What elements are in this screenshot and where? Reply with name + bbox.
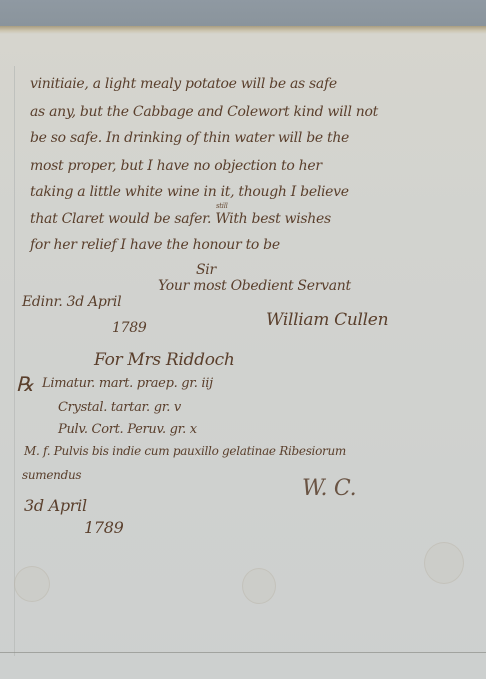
stain-left — [14, 566, 50, 602]
directions-line-1: M. f. Pulvis bis indie cum pauxillo gela… — [24, 444, 346, 458]
rx-symbol: ℞ — [16, 372, 34, 396]
ingredient-2: Crystal. tartar. gr. v — [58, 400, 181, 415]
closing: Your most Obedient Servant — [158, 278, 351, 294]
page-top-edge — [0, 26, 486, 34]
manuscript-page: vinitiaie, a light mealy potatoe will be… — [0, 26, 486, 679]
place-date: Edinr. 3d April — [22, 294, 121, 310]
letter-line-2: as any, but the Cabbage and Colewort kin… — [30, 104, 378, 120]
prescription-year: 1789 — [84, 518, 124, 537]
prescription-heading: For Mrs Riddoch — [94, 350, 235, 370]
ingredient-1: Limatur. mart. praep. gr. iij — [42, 376, 213, 391]
stain-right — [424, 542, 464, 584]
letter-line-3: be so safe. In drinking of thin water wi… — [30, 130, 349, 146]
prescription-date: 3d April — [24, 496, 87, 515]
scan-background — [0, 0, 486, 26]
stain-center — [242, 568, 276, 604]
letter-line-5: taking a little white wine in it, though… — [30, 184, 349, 200]
letter-insertion: still — [216, 202, 228, 210]
directions-line-2: sumendus — [22, 468, 81, 482]
fold-line-left — [14, 66, 15, 656]
letter-line-4: most proper, but I have no objection to … — [30, 158, 322, 174]
letter-line-6: that Claret would be safer. With best wi… — [30, 211, 331, 227]
fold-line-bottom — [0, 652, 486, 653]
letter-year: 1789 — [112, 320, 146, 336]
salutation: Sir — [196, 262, 216, 278]
letter-line-1: vinitiaie, a light mealy potatoe will be… — [30, 76, 337, 92]
ingredient-3: Pulv. Cort. Peruv. gr. x — [58, 422, 197, 437]
initials-signature: W. C. — [302, 476, 356, 501]
signature: William Cullen — [266, 310, 388, 330]
letter-line-7: for her relief I have the honour to be — [30, 237, 280, 253]
